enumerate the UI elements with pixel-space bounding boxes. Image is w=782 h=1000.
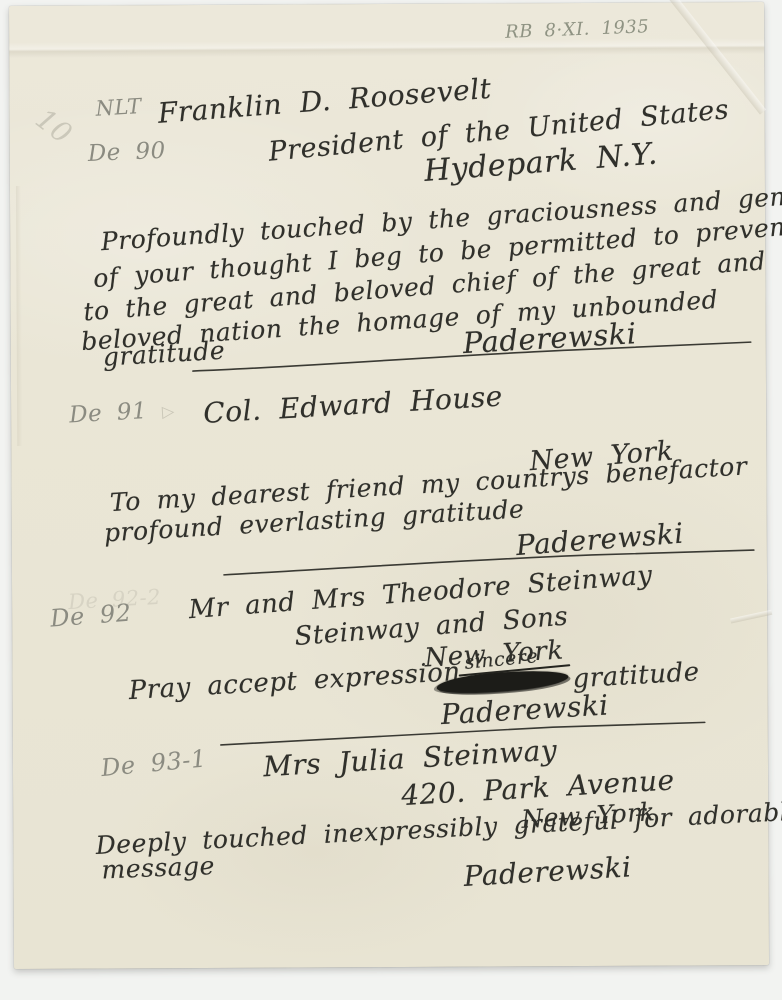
paper-crease-top	[9, 38, 764, 58]
paper-crease-right	[730, 610, 772, 624]
body-line: gratitude	[102, 336, 226, 372]
catalog-label-de93-1: De 93-1	[100, 744, 208, 782]
archival-mark: RB 8·XI. 1935	[505, 16, 650, 43]
signature: Paderewski	[463, 850, 633, 893]
catalog-label-de90: De 90	[87, 138, 166, 167]
catalog-label-arrow-mark: ▷	[161, 401, 175, 421]
catalog-label-de91: De 91 ▷	[68, 396, 175, 428]
signature: Paderewski	[440, 689, 610, 732]
recipient-line: Col. Edward House	[202, 380, 503, 430]
signature: Paderewski	[515, 517, 685, 563]
separator-line-2	[224, 550, 754, 575]
routing-code-nlt: NLT	[95, 94, 142, 121]
body-line: message	[101, 851, 215, 885]
body-before-redaction: Pray accept expression	[128, 657, 461, 706]
scan-backdrop: RB 8·XI. 1935 10 NLT De 90 Franklin D. R…	[0, 0, 782, 1000]
margin-number: 10	[29, 102, 78, 151]
catalog-label-text: De 91	[68, 398, 147, 428]
paper-crease-left	[16, 186, 22, 446]
document-page: RB 8·XI. 1935 10 NLT De 90 Franklin D. R…	[9, 2, 769, 969]
catalog-label-de92: De 92	[49, 599, 132, 633]
